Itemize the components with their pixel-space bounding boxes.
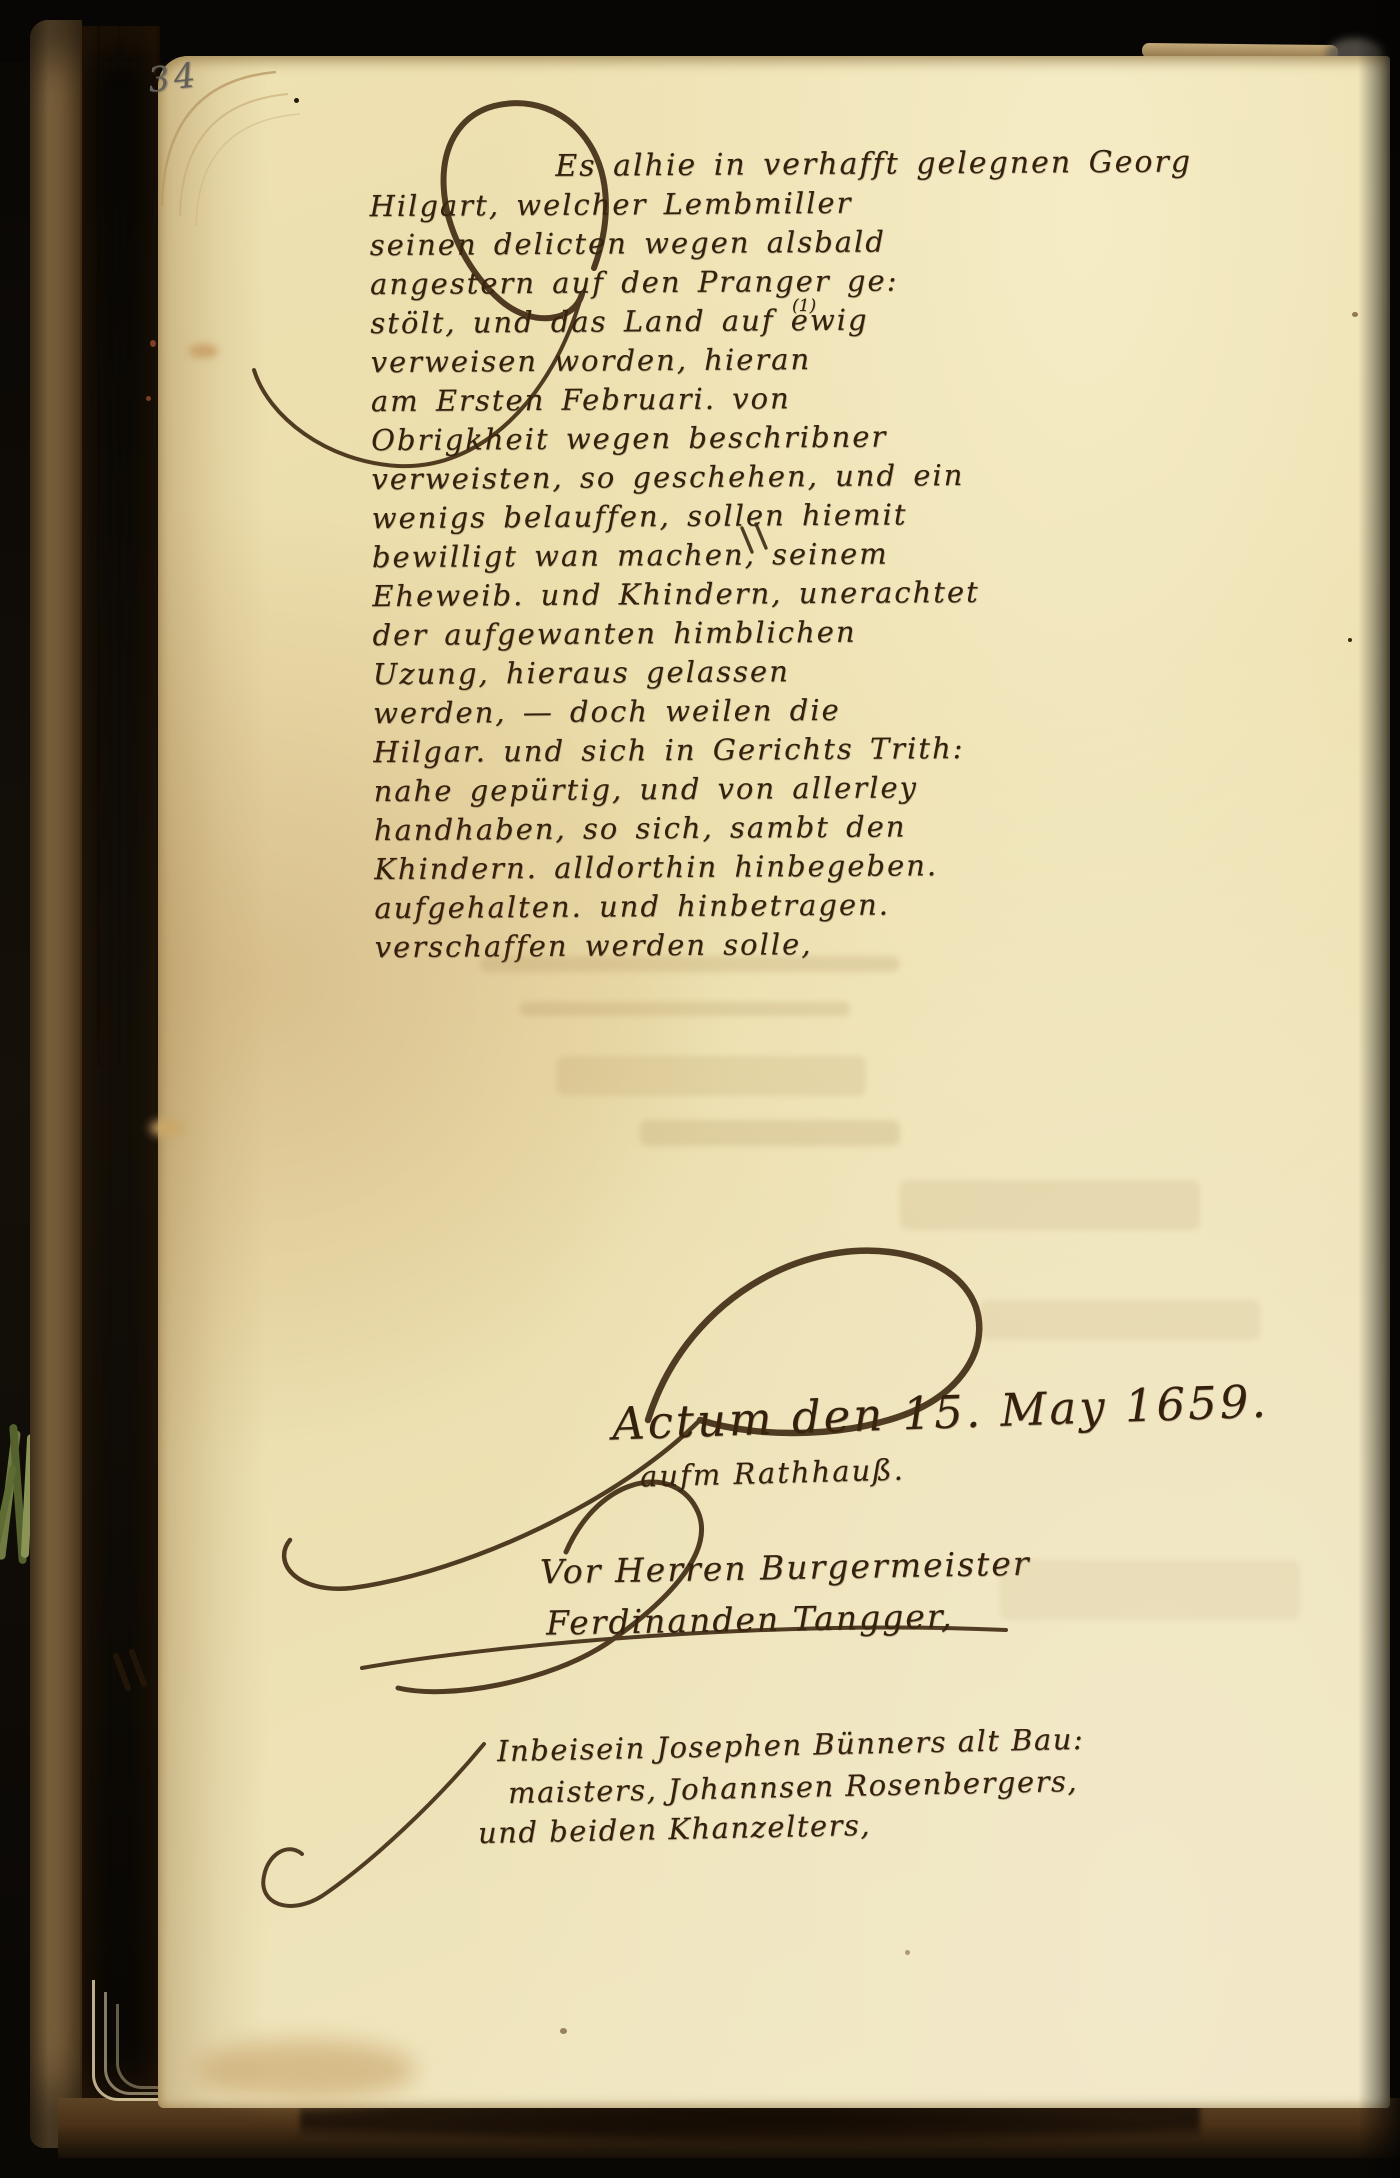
ink-speck bbox=[1352, 312, 1358, 317]
folio-number: 34 bbox=[146, 55, 202, 101]
ink-bleedthrough bbox=[1000, 1560, 1300, 1620]
ink-speck bbox=[560, 2028, 567, 2034]
manuscript-photo: 34 Es alhie in verhafft gelegnen Georg H… bbox=[0, 0, 1400, 2178]
manuscript-line: nahe gepürtig, und von allerley bbox=[374, 770, 994, 813]
ink-bleedthrough bbox=[640, 1120, 900, 1146]
manuscript-line: handhaben, so sich, sambt den bbox=[374, 809, 994, 852]
manuscript-line: Obrigkheit wegen beschribner bbox=[371, 419, 991, 462]
manuscript-line: verweisen worden, hieran bbox=[371, 341, 991, 384]
manuscript-line: aufgehalten. und hinbetragen. bbox=[374, 887, 994, 930]
manuscript-line: werden, — doch weilen die bbox=[373, 692, 993, 735]
red-fleck bbox=[146, 396, 151, 401]
ink-bleedthrough bbox=[520, 1002, 850, 1016]
manuscript-line: Hilgar. und sich in Gerichts Trith: bbox=[373, 731, 993, 774]
manuscript-line: seinen delicten wegen alsbald bbox=[370, 224, 990, 267]
manuscript-line: Es alhie in verhafft gelegnen Georg bbox=[369, 146, 989, 189]
foxing-spot bbox=[188, 344, 218, 358]
manuscript-line: der aufgewanten himblichen bbox=[372, 614, 992, 657]
red-fleck bbox=[150, 340, 156, 347]
rathaus-line: aufm Rathhauß. bbox=[640, 1453, 906, 1494]
manuscript-line: Eheweib. und Khindern, unerachtet bbox=[372, 575, 992, 618]
manuscript-line: Uzung, hieraus gelassen bbox=[373, 653, 993, 696]
gutter-shadow bbox=[158, 56, 268, 2108]
ink-bleedthrough bbox=[556, 1056, 866, 1096]
manuscript-line: am Ersten Februari. von bbox=[371, 380, 991, 423]
manuscript-line: Khindern. alldorthin hinbegeben. bbox=[374, 848, 994, 891]
manuscript-line: verweisten, so geschehen, und ein bbox=[371, 458, 991, 501]
page-edge-red-streaks bbox=[80, 26, 160, 1066]
manuscript-line: bewilligt wan machen, seinem bbox=[372, 536, 992, 579]
book-cover-edge bbox=[30, 20, 82, 2148]
ink-speck bbox=[905, 1950, 910, 1955]
ink-speck bbox=[1348, 638, 1352, 642]
ink-bleedthrough bbox=[480, 956, 900, 972]
foxing-spot bbox=[150, 1120, 184, 1136]
body-text-block: Es alhie in verhafft gelegnen Georg Hilg… bbox=[369, 146, 995, 969]
ink-speck bbox=[294, 98, 299, 103]
manuscript-line: stölt, und das Land auf ewig bbox=[370, 302, 990, 345]
manuscript-line: Hilgart, welcher Lembmiller bbox=[369, 185, 989, 228]
ink-bleedthrough bbox=[980, 1300, 1260, 1340]
ink-bleedthrough bbox=[900, 1180, 1200, 1230]
corner-stain bbox=[196, 2040, 416, 2100]
manuscript-line: wenigs belauffen, sollen hiemit bbox=[372, 497, 992, 540]
official-line-name: Ferdinanden Tangger, bbox=[546, 1596, 954, 1642]
manuscript-line: angestern auf den Pranger ge: bbox=[370, 263, 990, 306]
superscript-insertion-mark: (1) bbox=[792, 296, 816, 316]
